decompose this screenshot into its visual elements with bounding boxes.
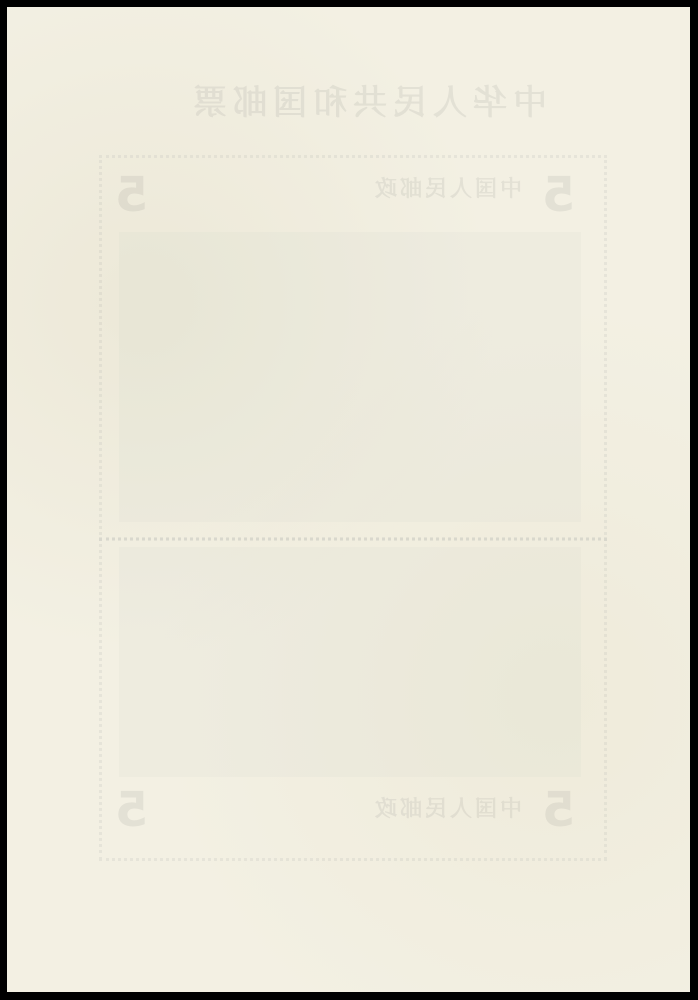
stamp-2-label-ghost: 中国人民邮政 — [182, 792, 522, 823]
denomination-ghost: 5 — [115, 167, 148, 223]
denomination-ghost: 5 — [542, 167, 575, 223]
mirrored-title-ghost: 中华人民共和国邮票 — [137, 75, 597, 124]
stamp-2-image-ghost — [119, 547, 581, 777]
stamp-1-label-ghost: 中国人民邮政 — [182, 172, 522, 203]
denomination-ghost: 5 — [115, 782, 148, 838]
stamp-1-image-ghost — [119, 232, 581, 522]
denomination-ghost: 5 — [542, 782, 575, 838]
paper-sheet: 中华人民共和国邮票 5 5 中国人民邮政 5 5 中国人民邮政 — [7, 7, 690, 992]
